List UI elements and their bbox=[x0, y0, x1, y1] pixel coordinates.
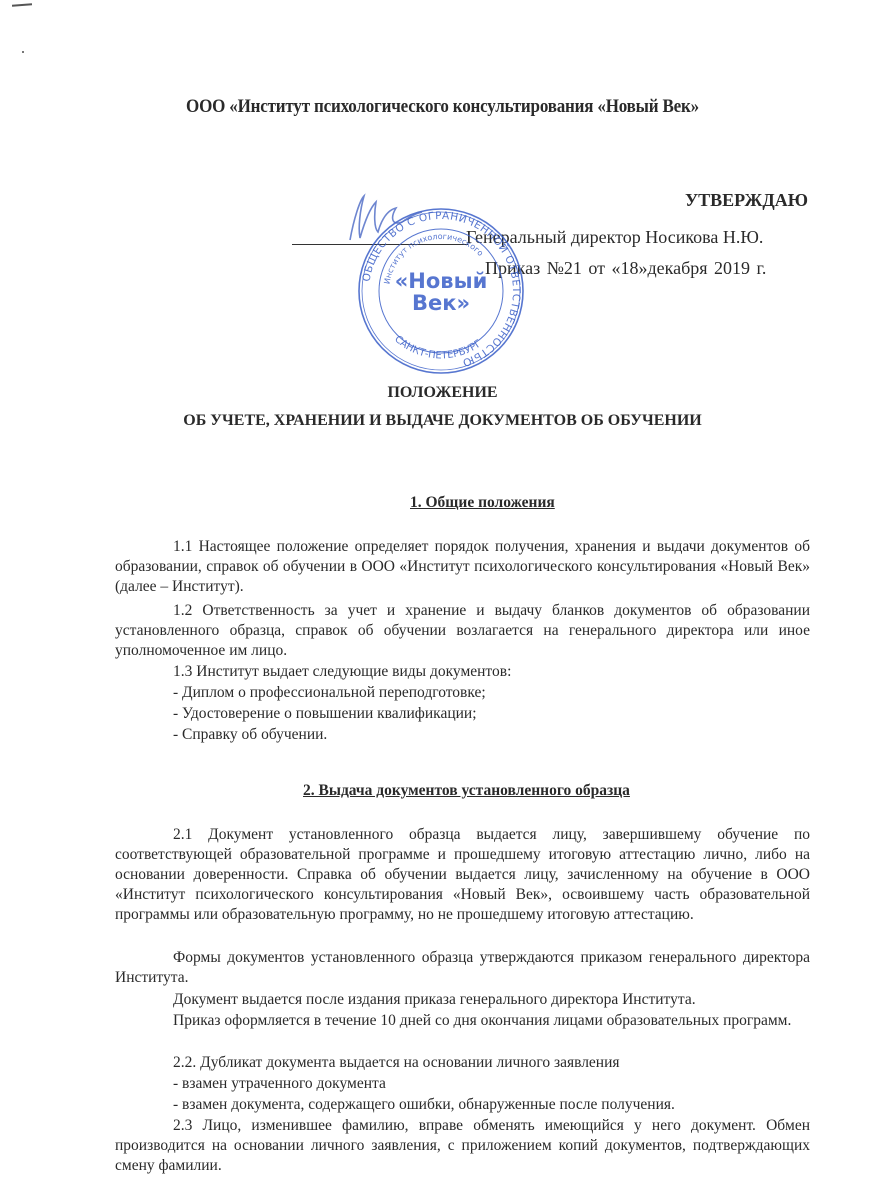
approve-label: УТВЕРЖДАЮ bbox=[685, 190, 808, 211]
svg-text:Век»: Век» bbox=[412, 291, 470, 315]
order-reference: Приказ №21 от «18»декабря 2019 г. bbox=[485, 258, 766, 279]
organization-title: ООО «Институт психологического консульти… bbox=[35, 97, 849, 118]
paragraph-1-1: 1.1 Настоящее положение определяет поряд… bbox=[115, 537, 810, 597]
scan-artifact bbox=[22, 51, 24, 53]
paragraph-1-3: 1.3 Институт выдает следующие виды докум… bbox=[173, 662, 511, 682]
scan-artifact bbox=[12, 3, 32, 6]
list-item: - Диплом о профессиональной переподготов… bbox=[173, 683, 486, 703]
paragraph-2-3: 2.3 Лицо, изменившее фамилию, вправе обм… bbox=[115, 1116, 810, 1176]
document-title-line1: ПОЛОЖЕНИЕ bbox=[0, 384, 885, 402]
paragraph-1-2: 1.2 Ответственность за учет и хранение и… bbox=[115, 601, 810, 661]
paragraph-forms: Формы документов установленного образца … bbox=[115, 948, 810, 988]
signature-icon bbox=[330, 188, 440, 248]
list-item: - Справку об обучении. bbox=[173, 725, 327, 745]
paragraph-2-1: 2.1 Документ установленного образца выда… bbox=[115, 825, 810, 925]
section-1-title: 1. Общие положения bbox=[410, 494, 555, 512]
paragraph-order-term: Приказ оформляется в течение 10 дней со … bbox=[115, 1011, 810, 1031]
svg-text:«Новый: «Новый bbox=[395, 269, 488, 293]
paragraph-issued: Документ выдается после издания приказа … bbox=[173, 990, 696, 1010]
list-item: - взамен утраченного документа bbox=[173, 1074, 386, 1094]
paragraph-2-2: 2.2. Дубликат документа выдается на осно… bbox=[173, 1053, 620, 1073]
section-2-title: 2. Выдача документов установленного обра… bbox=[303, 782, 630, 800]
list-item: - Удостоверение о повышении квалификации… bbox=[173, 704, 477, 724]
document-title-line2: ОБ УЧЕТЕ, ХРАНЕНИИ И ВЫДАЧЕ ДОКУМЕНТОВ О… bbox=[0, 412, 885, 430]
list-item: - взамен документа, содержащего ошибки, … bbox=[173, 1095, 675, 1115]
